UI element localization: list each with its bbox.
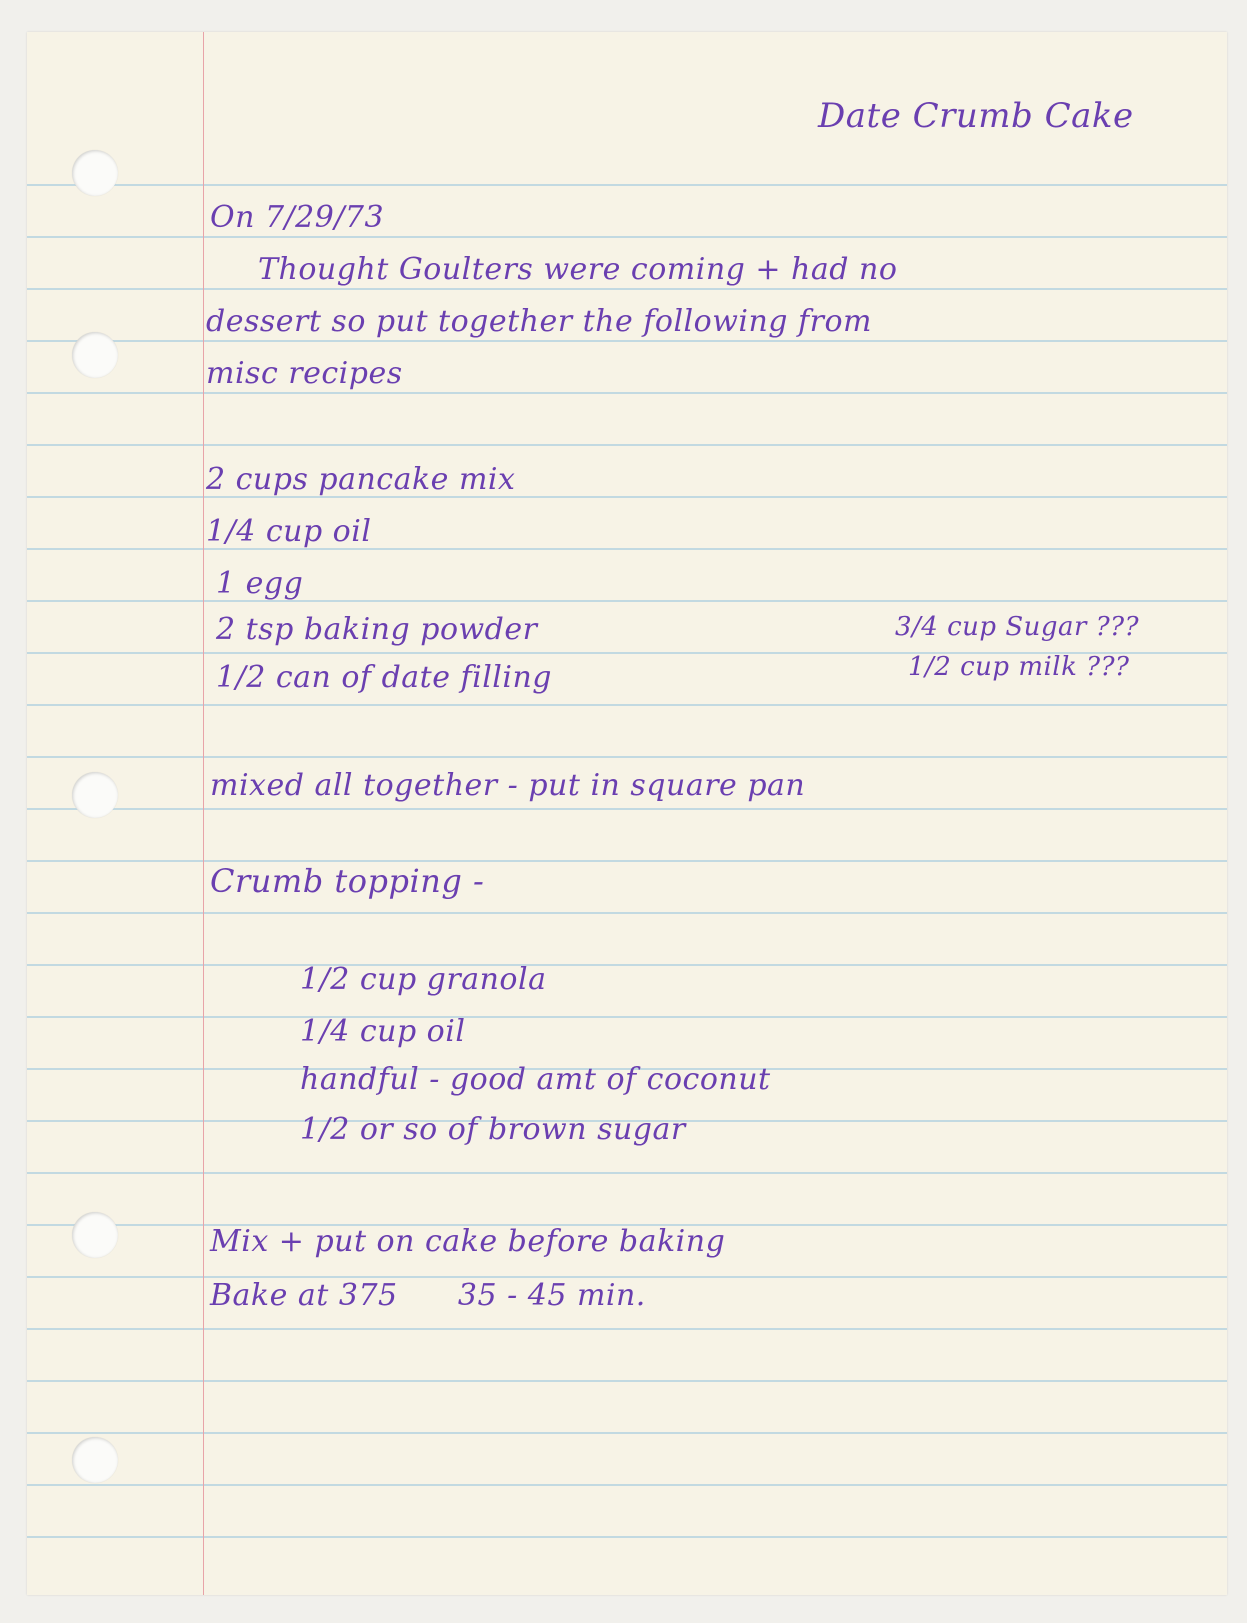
ruled-line bbox=[27, 1172, 1227, 1174]
ruled-line bbox=[27, 756, 1227, 758]
mix-instruction: mixed all together - put in square pan bbox=[210, 768, 805, 803]
ingredient-item: 1 egg bbox=[216, 566, 303, 601]
final-instruction: Bake at 375 35 - 45 min. bbox=[210, 1278, 646, 1313]
ruled-line bbox=[27, 704, 1227, 706]
ruled-line bbox=[27, 444, 1227, 446]
binder-hole bbox=[72, 332, 118, 378]
ruled-line bbox=[27, 964, 1227, 966]
topping-item: 1/2 or so of brown sugar bbox=[300, 1112, 686, 1147]
ingredient-item: 1/4 cup oil bbox=[206, 514, 371, 549]
intro-line: misc recipes bbox=[206, 356, 403, 391]
ruled-line bbox=[27, 1432, 1227, 1434]
red-margin-line bbox=[203, 32, 204, 1595]
binder-hole bbox=[72, 150, 118, 196]
ruled-line bbox=[27, 860, 1227, 862]
ruled-line bbox=[27, 600, 1227, 602]
ruled-line bbox=[27, 912, 1227, 914]
ruled-line bbox=[27, 392, 1227, 394]
ingredient-item: 1/2 can of date filling bbox=[216, 660, 552, 695]
ruled-line bbox=[27, 1536, 1227, 1538]
ruled-line bbox=[27, 184, 1227, 186]
ruled-line bbox=[27, 808, 1227, 810]
ruled-line bbox=[27, 340, 1227, 342]
intro-line: Thought Goulters were coming + had no bbox=[258, 252, 897, 287]
ruled-line bbox=[27, 1380, 1227, 1382]
topping-item: handful - good amt of coconut bbox=[300, 1062, 771, 1097]
binder-hole bbox=[72, 1212, 118, 1258]
topping-heading: Crumb topping - bbox=[210, 862, 484, 900]
ruled-line bbox=[27, 1484, 1227, 1486]
binder-hole bbox=[72, 1437, 118, 1483]
ruled-line bbox=[27, 288, 1227, 290]
recipe-title: Date Crumb Cake bbox=[818, 96, 1134, 136]
date-line: On 7/29/73 bbox=[210, 200, 384, 235]
topping-item: 1/2 cup granola bbox=[300, 962, 546, 997]
binder-hole bbox=[72, 772, 118, 818]
ingredient-item: 2 cups pancake mix bbox=[206, 462, 515, 497]
ingredient-item: 2 tsp baking powder bbox=[216, 612, 537, 647]
topping-item: 1/4 cup oil bbox=[300, 1014, 465, 1049]
final-instruction: Mix + put on cake before baking bbox=[210, 1224, 725, 1259]
ruled-line bbox=[27, 1016, 1227, 1018]
ruled-line bbox=[27, 236, 1227, 238]
side-note: 3/4 cup Sugar ??? bbox=[895, 612, 1139, 642]
intro-line: dessert so put together the following fr… bbox=[206, 304, 872, 339]
side-note: 1/2 cup milk ??? bbox=[908, 652, 1129, 682]
ruled-line bbox=[27, 1328, 1227, 1330]
